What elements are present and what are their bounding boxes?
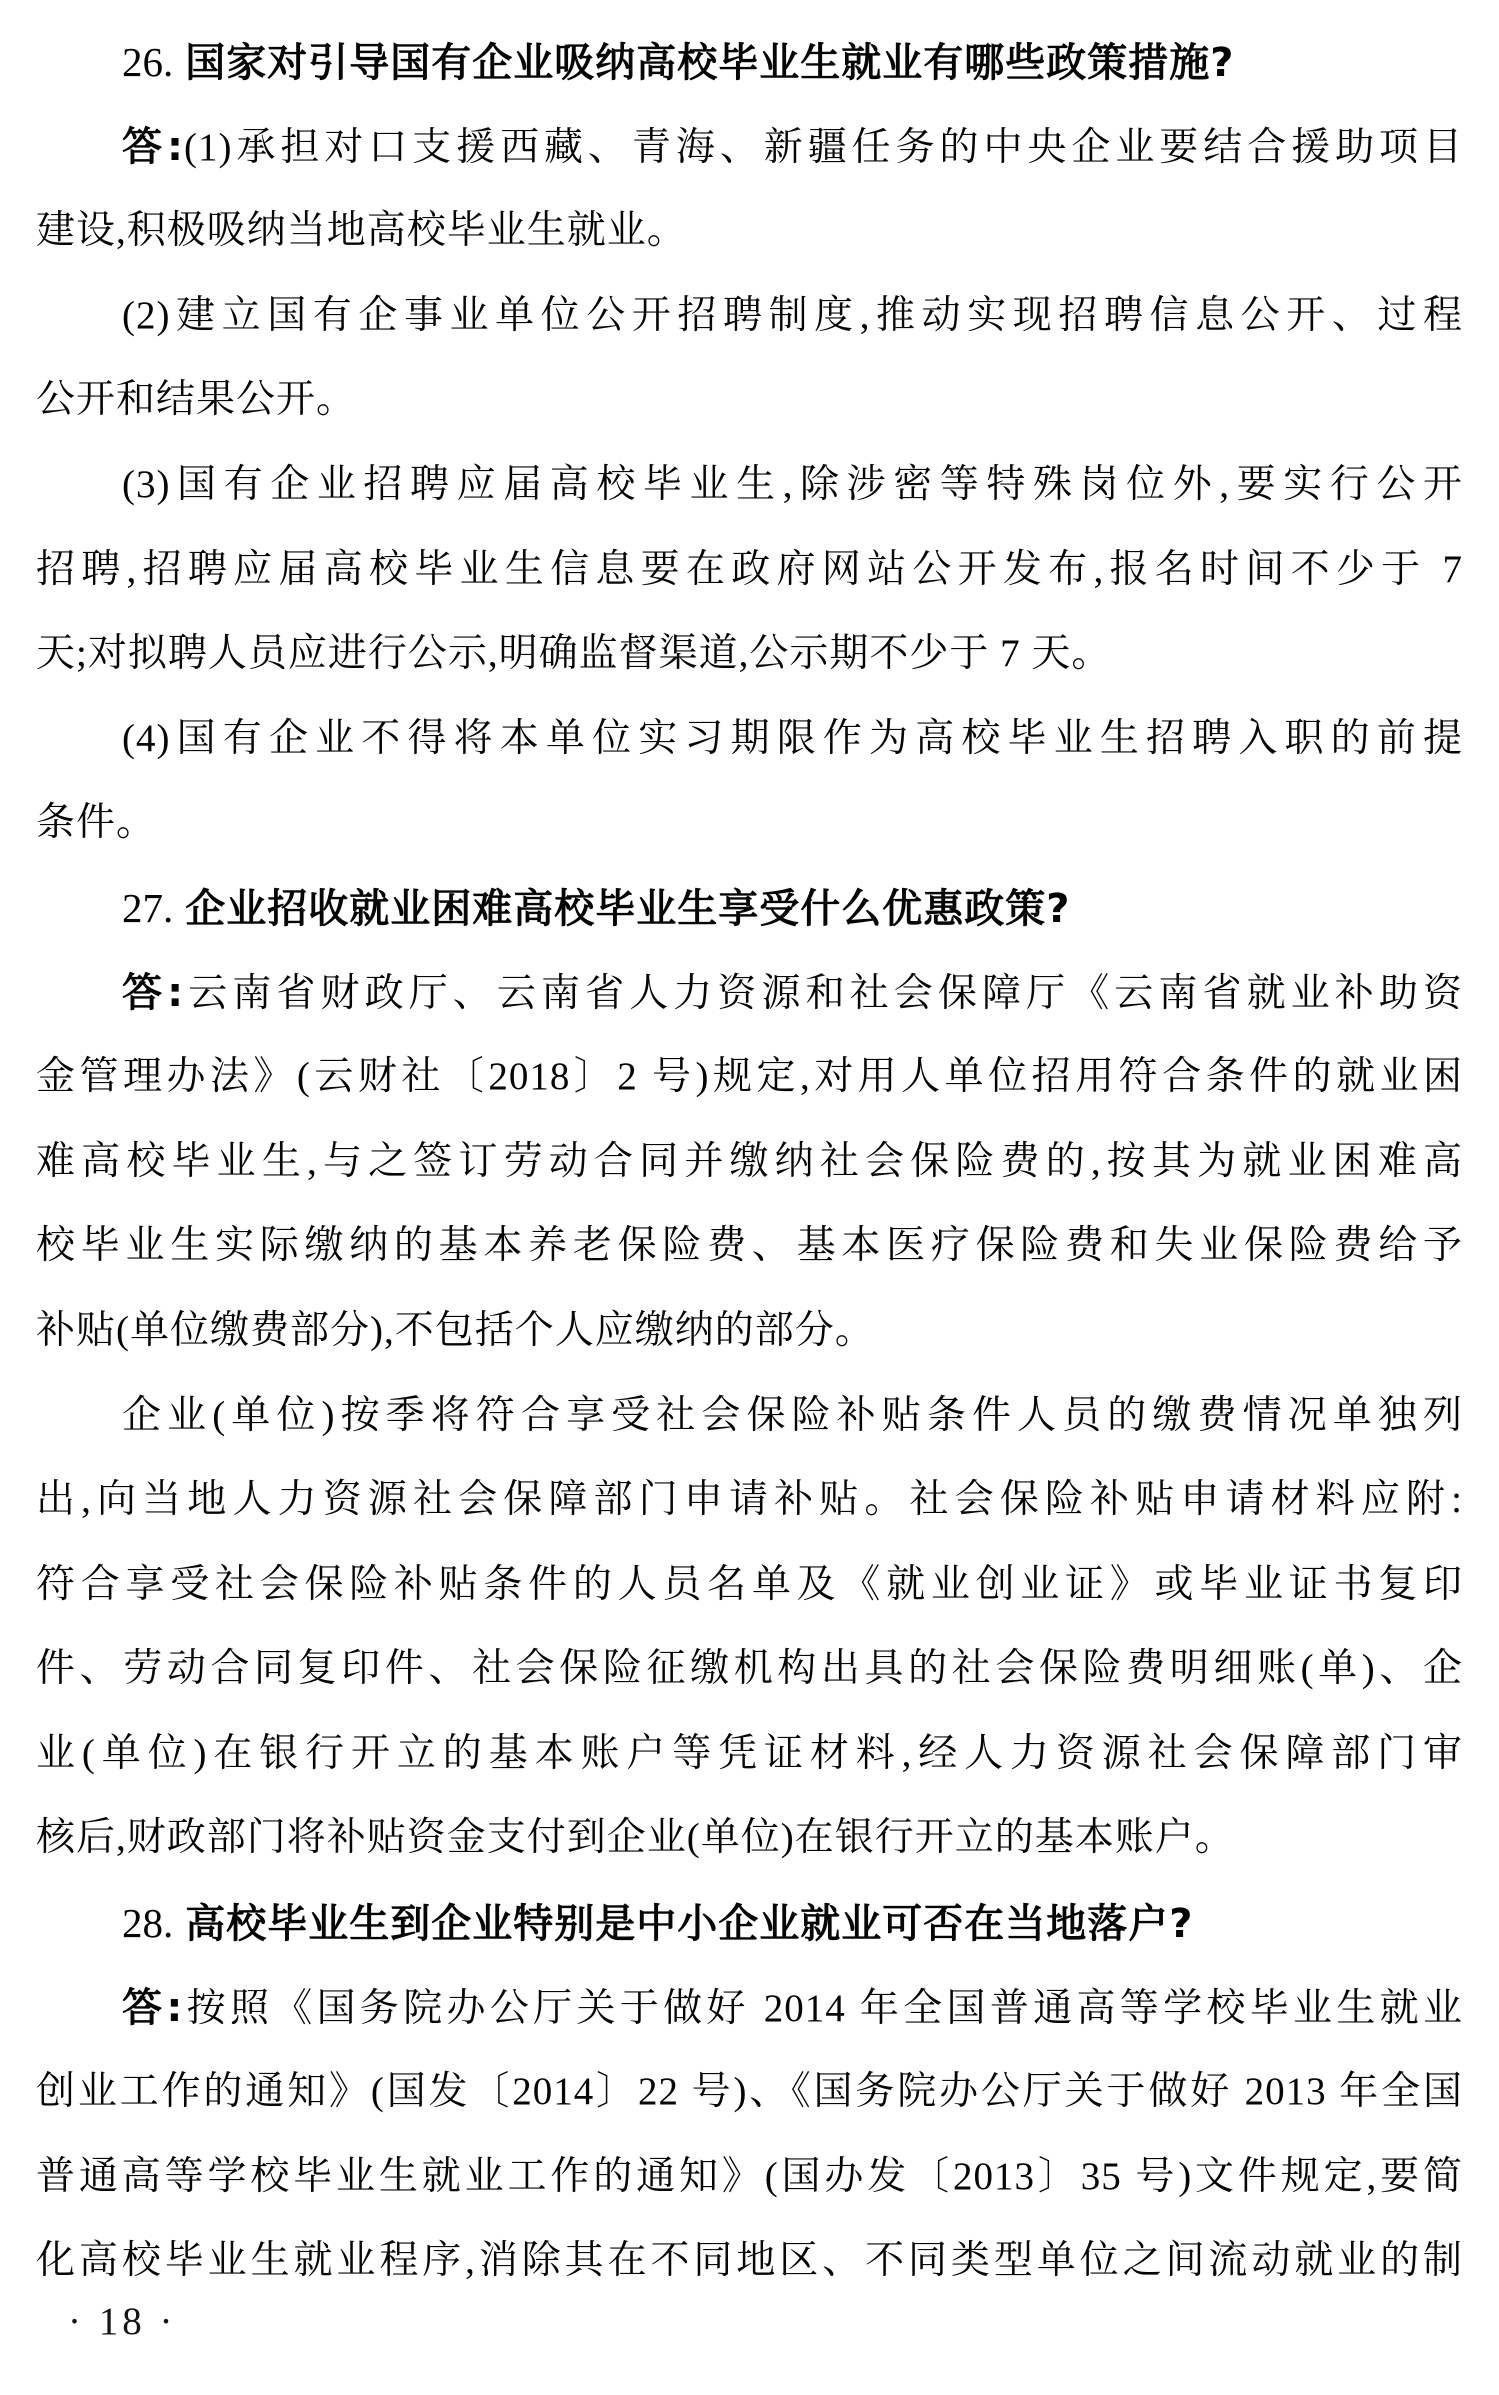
question-heading: 27.企业招收就业困难高校毕业生享受什么优惠政策? (36, 866, 1463, 951)
text-line: 校毕业生实际缴纳的基本养老保险费、基本医疗保险费和失业保险费给予 (36, 1204, 1463, 1289)
text-line: 金管理办法》(云财社〔2018〕2 号)规定,对用人单位招用符合条件的就业困 (36, 1035, 1463, 1120)
question-number: 26. (122, 39, 173, 85)
question-title: 高校毕业生到企业特别是中小企业就业可否在当地落户? (185, 1901, 1193, 1947)
answer-label: 答: (122, 124, 184, 170)
text-line: 答:按照《国务院办公厅关于做好 2014 年全国普通高等学校毕业生就业 (36, 1966, 1463, 2051)
page-number: · 18 · (68, 2300, 176, 2343)
question-heading: 26.国家对引导国有企业吸纳高校毕业生就业有哪些政策措施? (36, 20, 1463, 105)
text-line: 符合享受社会保险补贴条件的人员名单及《就业创业证》或毕业证书复印 (36, 1543, 1463, 1628)
text-line: (3)国有企业招聘应届高校毕业生,除涉密等特殊岗位外,要实行公开 (36, 443, 1463, 528)
text-line: 答:(1)承担对口支援西藏、青海、新疆任务的中央企业要结合援助项目 (36, 105, 1463, 190)
question-number: 28. (122, 1900, 173, 1946)
text-line: 答:云南省财政厅、云南省人力资源和社会保障厅《云南省就业补助资 (36, 951, 1463, 1036)
text-line: (2)建立国有企事业单位公开招聘制度,推动实现招聘信息公开、过程 (36, 274, 1463, 359)
text-line: 普通高等学校毕业生就业工作的通知》(国办发〔2013〕35 号)文件规定,要简 (36, 2135, 1463, 2220)
question-heading: 28.高校毕业生到企业特别是中小企业就业可否在当地落户? (36, 1881, 1463, 1966)
text-line: (4)国有企业不得将本单位实习期限作为高校毕业生招聘入职的前提 (36, 697, 1463, 782)
text-line: 天;对拟聘人员应进行公示,明确监督渠道,公示期不少于 7 天。 (36, 612, 1463, 697)
text-line: 条件。 (36, 781, 1463, 866)
text-line: 化高校毕业生就业程序,消除其在不同地区、不同类型单位之间流动就业的制 (36, 2219, 1463, 2304)
text-line: 业(单位)在银行开立的基本账户等凭证材料,经人力资源社会保障部门审 (36, 1712, 1463, 1797)
text-line: 核后,财政部门将补贴资金支付到企业(单位)在银行开立的基本账户。 (36, 1796, 1463, 1881)
answer-label: 答: (122, 970, 184, 1016)
page-footer: · 18 · (68, 2292, 176, 2352)
text-line: 出,向当地人力资源社会保障部门申请补贴。社会保险补贴申请材料应附: (36, 1458, 1463, 1543)
question-title: 企业招收就业困难高校毕业生享受什么优惠政策? (185, 886, 1070, 932)
question-title: 国家对引导国有企业吸纳高校毕业生就业有哪些政策措施? (185, 40, 1234, 86)
text-line: 企业(单位)按季将符合享受社会保险补贴条件人员的缴费情况单独列 (36, 1374, 1463, 1459)
text-line: 招聘,招聘应届高校毕业生信息要在政府网站公开发布,报名时间不少于 7 (36, 528, 1463, 613)
answer-label: 答: (122, 1985, 183, 2031)
document-page: 26.国家对引导国有企业吸纳高校毕业生就业有哪些政策措施?答:(1)承担对口支援… (0, 0, 1499, 2395)
text-line: 补贴(单位缴费部分),不包括个人应缴纳的部分。 (36, 1289, 1463, 1374)
question-number: 27. (122, 885, 173, 931)
text-line: 建设,积极吸纳当地高校毕业生就业。 (36, 189, 1463, 274)
page-content: 26.国家对引导国有企业吸纳高校毕业生就业有哪些政策措施?答:(1)承担对口支援… (36, 20, 1463, 2304)
text-line: 件、劳动合同复印件、社会保险征缴机构出具的社会保险费明细账(单)、企 (36, 1627, 1463, 1712)
text-line: 难高校毕业生,与之签订劳动合同并缴纳社会保险费的,按其为就业困难高 (36, 1120, 1463, 1205)
text-line: 创业工作的通知》(国发〔2014〕22 号)、《国务院办公厅关于做好 2013 … (36, 2050, 1463, 2135)
text-line: 公开和结果公开。 (36, 358, 1463, 443)
